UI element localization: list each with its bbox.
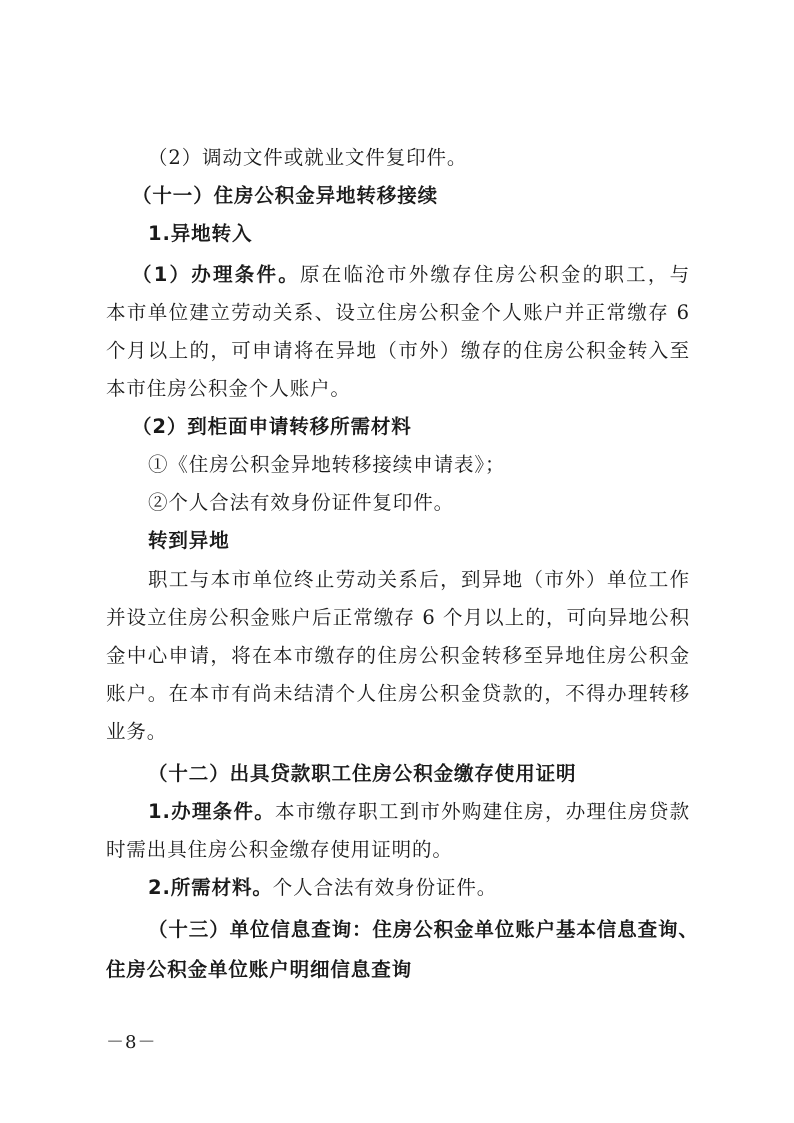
body-text: 时需出具住房公积金缴存使用证明的。 (106, 838, 453, 861)
text-line: 职工与本市单位终止劳动关系后，到异地（市外）单位工作 (106, 562, 690, 598)
text-line: 并设立住房公积金账户后正常缴存 6 个月以上的，可向异地公积 (106, 600, 690, 636)
body-text: 个月以上的，可申请将在异地（市外）缴存的住房公积金转入至 (106, 339, 690, 362)
text-line: ①《住房公积金异地转移接续申请表》； (106, 447, 690, 483)
bold-text: （2）到柜面申请转移所需材料 (132, 415, 412, 438)
body-text: 本市缴存职工到市外购建住房，办理住房贷款 (275, 800, 690, 823)
bold-text: 住房公积金单位账户明细信息查询 (106, 958, 412, 981)
text-line: （2）调动文件或就业文件复印件。 (106, 140, 690, 176)
bold-text: 2.所需材料。 (148, 876, 273, 899)
text-line: （十一）住房公积金异地转移接续 (106, 178, 690, 214)
text-line: 个月以上的，可申请将在异地（市外）缴存的住房公积金转入至 (106, 333, 690, 369)
page-number: －8－ (106, 1028, 156, 1054)
body-text: 金中心申请，将在本市缴存的住房公积金转移至异地住房公积金 (106, 644, 690, 667)
bold-text: （十二）出具贷款职工住房公积金缴存使用证明 (148, 762, 576, 785)
text-line: 2.所需材料。个人合法有效身份证件。 (106, 870, 690, 906)
bold-text: （十一）住房公积金异地转移接续 (132, 184, 438, 207)
body-text: 个人合法有效身份证件。 (273, 876, 497, 899)
body-text: 职工与本市单位终止劳动关系后，到异地（市外）单位工作 (148, 568, 690, 591)
text-line: 转到异地 (106, 523, 690, 559)
text-line: 账户。在本市有尚未结清个人住房公积金贷款的，不得办理转移 (106, 676, 690, 712)
text-line: （1）办理条件。原在临沧市外缴存住房公积金的职工，与 (106, 257, 690, 293)
text-line: 本市单位建立劳动关系、设立住房公积金个人账户并正常缴存 6 (106, 295, 690, 331)
text-line: （十二）出具贷款职工住房公积金缴存使用证明 (106, 756, 690, 792)
bold-text: 1.异地转入 (148, 222, 252, 245)
text-line: 1.办理条件。本市缴存职工到市外购建住房，办理住房贷款 (106, 794, 690, 830)
bold-text: 转到异地 (148, 529, 230, 552)
body-text: 本市单位建立劳动关系、设立住房公积金个人账户并正常缴存 6 (106, 301, 690, 324)
body-text: 本市住房公积金个人账户。 (106, 377, 351, 400)
body-text: 原在临沧市外缴存住房公积金的职工，与 (300, 263, 690, 286)
body-text: 账户。在本市有尚未结清个人住房公积金贷款的，不得办理转移 (106, 682, 690, 705)
bold-text: （十三）单位信息查询：住房公积金单位账户基本信息查询、 (148, 918, 699, 941)
text-line: 1.异地转入 (106, 216, 690, 252)
body-text: ②个人合法有效身份证件复印件。 (148, 491, 454, 514)
body-text: （2）调动文件或就业文件复印件。 (148, 146, 467, 169)
text-line: ②个人合法有效身份证件复印件。 (106, 485, 690, 521)
text-line: 时需出具住房公积金缴存使用证明的。 (106, 832, 690, 868)
text-line: 金中心申请，将在本市缴存的住房公积金转移至异地住房公积金 (106, 638, 690, 674)
text-line: 本市住房公积金个人账户。 (106, 371, 690, 407)
body-text: ①《住房公积金异地转移接续申请表》； (148, 453, 505, 476)
text-line: （2）到柜面申请转移所需材料 (106, 409, 690, 445)
text-line: 业务。 (106, 714, 690, 750)
text-line: （十三）单位信息查询：住房公积金单位账户基本信息查询、 (106, 912, 690, 948)
bold-text: 1.办理条件。 (148, 800, 275, 823)
body-text: 并设立住房公积金账户后正常缴存 6 个月以上的，可向异地公积 (106, 606, 690, 629)
bold-text: （1）办理条件。 (132, 263, 300, 286)
text-line: 住房公积金单位账户明细信息查询 (106, 952, 690, 988)
body-text: 业务。 (106, 720, 167, 743)
